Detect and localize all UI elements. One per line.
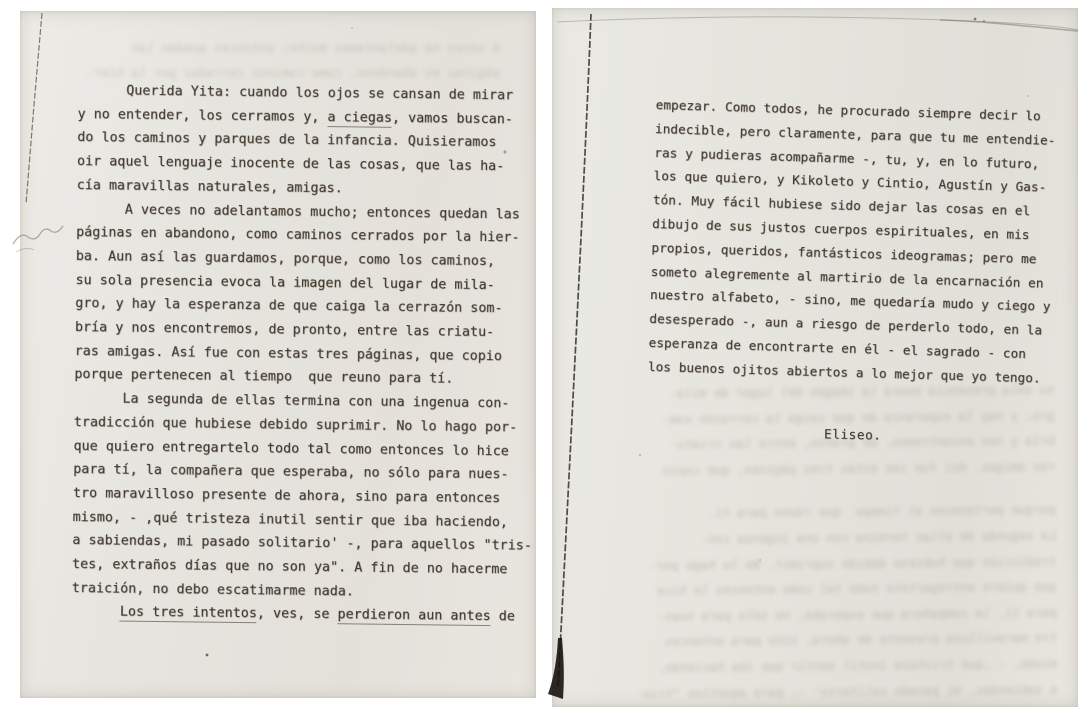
typed-text-block-left: Querida Yita: cuando los ojos se cansan … [71,79,536,630]
typed-line: Los tres intentos, ves, se perdieron aun… [71,600,533,629]
typed-text-block-right: empezar. Como todos, he procurado siempr… [648,94,1056,391]
ghost-line: La segunda de ellas termina con una inge… [604,524,1056,554]
ghost-line: para tí, la compañera que esperaba, no s… [605,600,1057,630]
photo-canvas: A veces no adelantamos mucho; entonces q… [0,0,1090,713]
ghost-line: tradicción que hubiese debido suprimir. … [604,549,1056,579]
ghost-line: mismo, - ,qué tristeza inutil sentir que… [605,652,1057,682]
ghost-line: A veces no adelantamos mucho; entonces q… [140,35,500,60]
signature: Eliseo. [824,427,882,443]
ghost-line: porque pertenecen al tiempo que reuno pa… [604,498,1056,528]
ghost-line: ras amigas. Así fue con estas tres págin… [603,454,1055,484]
letter-page-2: su sola presencia evoca la imagen del lu… [552,8,1078,707]
ghost-line: tro maravilloso presente de ahora, sino … [605,626,1057,656]
ghost-line: que quiero entregartelo todo tal como en… [604,575,1056,605]
letter-page-1: A veces no adelantamos mucho; entonces q… [20,11,536,698]
bleed-through-text: A veces no adelantamos mucho; entonces q… [140,35,500,85]
ghost-line: a sabiendas, mi pasado solitario' -, par… [605,677,1057,707]
